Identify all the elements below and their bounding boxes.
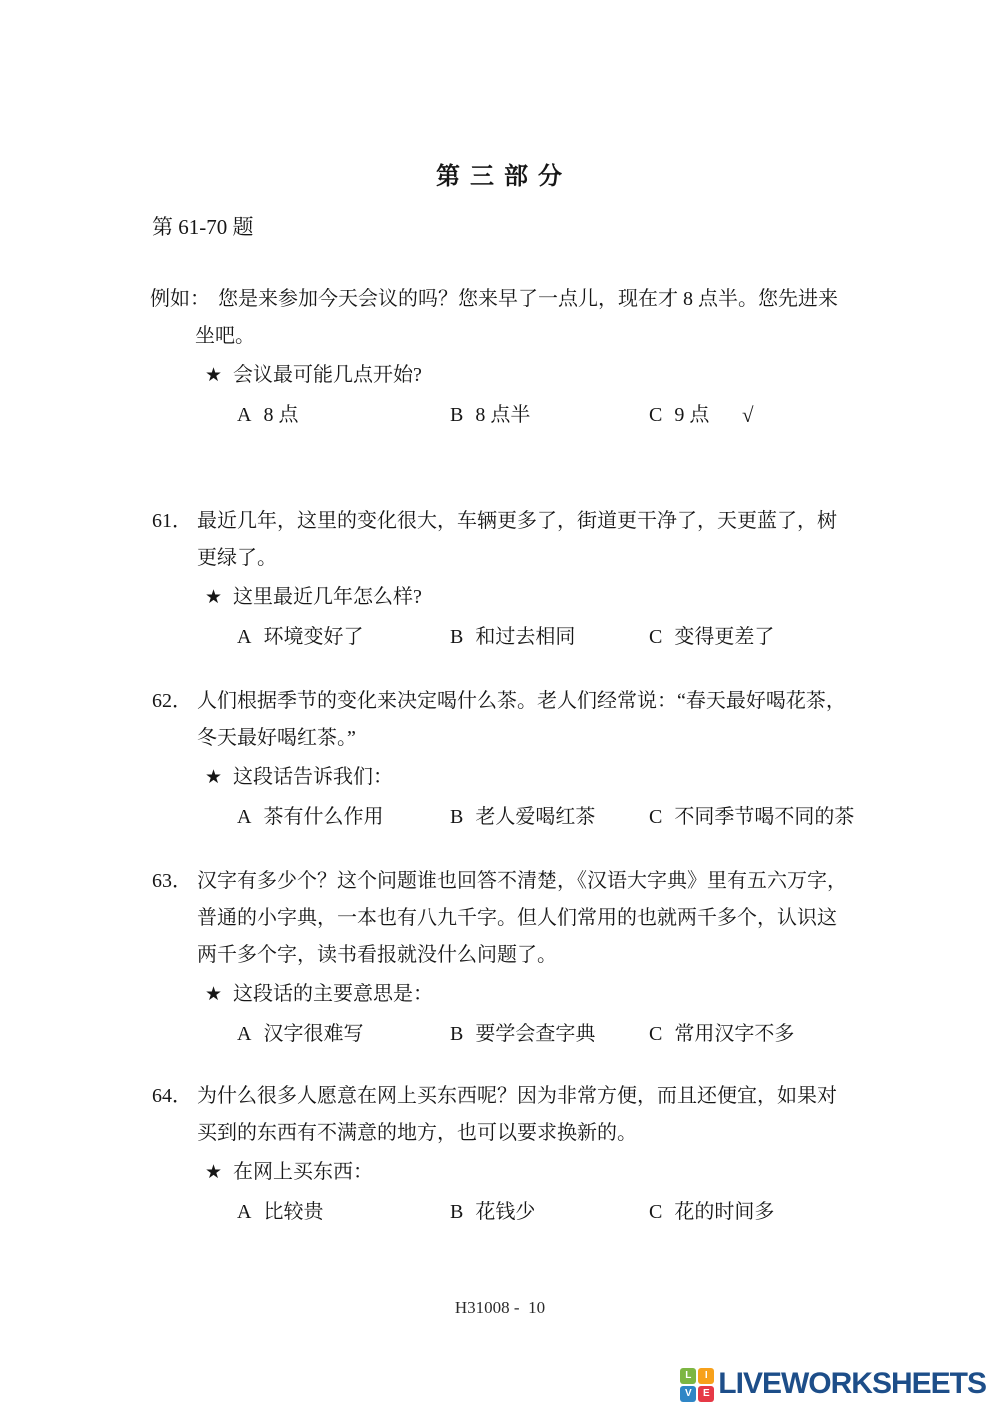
question-63-options-row: A汉字很难写 B要学会查字典 C常用汉字不多 [152, 1016, 872, 1053]
option-text: 变得更差了 [674, 626, 774, 648]
question-line-2: 更绿了。 [152, 540, 872, 577]
option-text: 环境变好了 [263, 626, 363, 648]
question-62-option-a: A茶有什么作用 [237, 799, 383, 836]
option-letter: B [450, 626, 463, 648]
example-question-line: ★会议最可能几点开始? [150, 357, 870, 394]
question-line-1: 62． 人们根据季节的变化来决定喝什么茶。老人们经常说：“春天最好喝花茶， [152, 683, 872, 720]
option-text: 和过去相同 [475, 626, 575, 648]
question-64-option-b: B花钱少 [450, 1194, 535, 1231]
question-line-2: 冬天最好喝红茶。” [152, 720, 872, 757]
question-63-option-c: C常用汉字不多 [649, 1016, 794, 1053]
example-option-b: B8 点半 [450, 397, 530, 434]
question-64-options-row: A比较贵 B花钱少 C花的时间多 [152, 1194, 872, 1231]
question-61-option-a: A环境变好了 [237, 619, 363, 656]
star-icon: ★ [205, 579, 222, 616]
question-63-prompt: ★这段话的主要意思是： [152, 976, 872, 1013]
question-61-prompt: ★这里最近几年怎么样? [152, 579, 872, 616]
liveworksheets-logo-text: LIVEWORKSHEETS [718, 1367, 986, 1401]
question-text: 为什么很多人愿意在网上买东西呢？因为非常方便，而且还便宜，如果对 [197, 1085, 837, 1107]
option-letter: B [450, 404, 463, 426]
option-letter: C [649, 1201, 662, 1223]
question-62-block: 62． 人们根据季节的变化来决定喝什么茶。老人们经常说：“春天最好喝花茶， 冬天… [152, 683, 872, 836]
liveworksheets-logo[interactable]: L I V E LIVEWORKSHEETS [680, 1366, 986, 1402]
option-text: 比较贵 [263, 1201, 323, 1223]
question-62-option-b: B老人爱喝红茶 [450, 799, 595, 836]
question-line-1: 61． 最近几年，这里的变化很大，车辆更多了，街道更干净了，天更蓝了，树 [152, 503, 872, 540]
option-text: 9 点 [674, 404, 709, 426]
question-line-1: 64． 为什么很多人愿意在网上买东西呢？因为非常方便，而且还便宜，如果对 [152, 1078, 872, 1115]
example-question-text: 会议最可能几点开始? [233, 364, 422, 386]
example-line-2: 坐吧。 [150, 318, 870, 355]
question-64-option-c: C花的时间多 [649, 1194, 774, 1231]
question-number: 62． [152, 683, 192, 720]
option-text: 花的时间多 [674, 1201, 774, 1223]
question-line-2: 买到的东西有不满意的地方，也可以要求换新的。 [152, 1115, 872, 1152]
page-title: 第 三 部 分 [0, 156, 1000, 191]
question-63-option-b: B要学会查字典 [450, 1016, 595, 1053]
question-line-2: 普通的小字典，一本也有八九千字。但人们常用的也就两千多个，认识这 [152, 900, 872, 937]
section-range-label: 第 61-70 题 [152, 211, 254, 241]
option-text: 8 点 [263, 404, 298, 426]
example-label: 例如： [150, 281, 210, 318]
question-61-option-c: C变得更差了 [649, 619, 774, 656]
liveworksheets-logo-icon: L I V E [680, 1368, 714, 1402]
question-62-options-row: A茶有什么作用 B老人爱喝红茶 C不同季节喝不同的茶 [152, 799, 872, 836]
option-text: 8 点半 [475, 404, 530, 426]
question-number: 61． [152, 503, 192, 540]
option-letter: A [237, 806, 251, 828]
option-letter: C [649, 404, 662, 426]
option-letter: C [649, 1023, 662, 1045]
question-64-prompt: ★在网上买东西： [152, 1154, 872, 1191]
example-text: 您是来参加今天会议的吗？您来早了一点儿，现在才 8 点半。您先进来 [218, 288, 838, 310]
star-icon: ★ [205, 759, 222, 796]
question-line-1: 63． 汉字有多少个？这个问题谁也回答不清楚，《汉语大字典》里有五六万字， [152, 863, 872, 900]
option-text: 汉字很难写 [263, 1023, 363, 1045]
option-letter: C [649, 626, 662, 648]
question-61-options-row: A环境变好了 B和过去相同 C变得更差了 [152, 619, 872, 656]
star-icon: ★ [205, 1154, 222, 1191]
question-62-option-c: C不同季节喝不同的茶 [649, 799, 854, 836]
star-icon: ★ [205, 357, 222, 394]
star-icon: ★ [205, 976, 222, 1013]
option-letter: A [237, 1201, 251, 1223]
correct-check-icon: √ [742, 397, 754, 434]
logo-tile-v: V [680, 1386, 696, 1402]
logo-tile-i: I [698, 1368, 714, 1384]
prompt-text: 这段话的主要意思是： [233, 983, 433, 1005]
question-text: 最近几年，这里的变化很大，车辆更多了，街道更干净了，天更蓝了，树 [197, 510, 837, 532]
option-text: 不同季节喝不同的茶 [674, 806, 854, 828]
logo-tile-e: E [698, 1386, 714, 1402]
option-letter: C [649, 806, 662, 828]
prompt-text: 这里最近几年怎么样? [233, 586, 422, 608]
footer-page-code: H31008 - 10 [0, 1298, 1000, 1318]
example-option-a: A8 点 [237, 397, 298, 434]
question-number: 64． [152, 1078, 192, 1115]
option-text: 老人爱喝红茶 [475, 806, 595, 828]
question-line-3: 两千多个字，读书看报就没什么问题了。 [152, 937, 872, 974]
question-61-block: 61． 最近几年，这里的变化很大，车辆更多了，街道更干净了，天更蓝了，树 更绿了… [152, 503, 872, 656]
question-number: 63． [152, 863, 192, 900]
example-options-row: A8 点 B8 点半 C9 点 √ [150, 397, 870, 434]
question-61-option-b: B和过去相同 [450, 619, 575, 656]
logo-tile-l: L [680, 1368, 696, 1384]
option-letter: A [237, 626, 251, 648]
example-line-1: 例如： 您是来参加今天会议的吗？您来早了一点儿，现在才 8 点半。您先进来 [150, 281, 870, 318]
option-text: 要学会查字典 [475, 1023, 595, 1045]
question-62-prompt: ★这段话告诉我们： [152, 759, 872, 796]
option-text: 茶有什么作用 [263, 806, 383, 828]
option-letter: B [450, 1201, 463, 1223]
example-block: 例如： 您是来参加今天会议的吗？您来早了一点儿，现在才 8 点半。您先进来 坐吧… [150, 281, 870, 434]
option-text: 常用汉字不多 [674, 1023, 794, 1045]
question-text: 汉字有多少个？这个问题谁也回答不清楚，《汉语大字典》里有五六万字， [197, 870, 847, 892]
question-63-option-a: A汉字很难写 [237, 1016, 363, 1053]
option-letter: B [450, 1023, 463, 1045]
question-text: 人们根据季节的变化来决定喝什么茶。老人们经常说：“春天最好喝花茶， [197, 690, 846, 712]
option-text: 花钱少 [475, 1201, 535, 1223]
prompt-text: 在网上买东西： [233, 1161, 373, 1183]
question-64-option-a: A比较贵 [237, 1194, 323, 1231]
question-64-block: 64． 为什么很多人愿意在网上买东西呢？因为非常方便，而且还便宜，如果对 买到的… [152, 1078, 872, 1231]
question-63-block: 63． 汉字有多少个？这个问题谁也回答不清楚，《汉语大字典》里有五六万字， 普通… [152, 863, 872, 1053]
worksheet-page: 第 三 部 分 第 61-70 题 例如： 您是来参加今天会议的吗？您来早了一点… [0, 0, 1000, 1414]
option-letter: A [237, 404, 251, 426]
example-option-c: C9 点 [649, 397, 709, 434]
option-letter: B [450, 806, 463, 828]
option-letter: A [237, 1023, 251, 1045]
prompt-text: 这段话告诉我们： [233, 766, 393, 788]
